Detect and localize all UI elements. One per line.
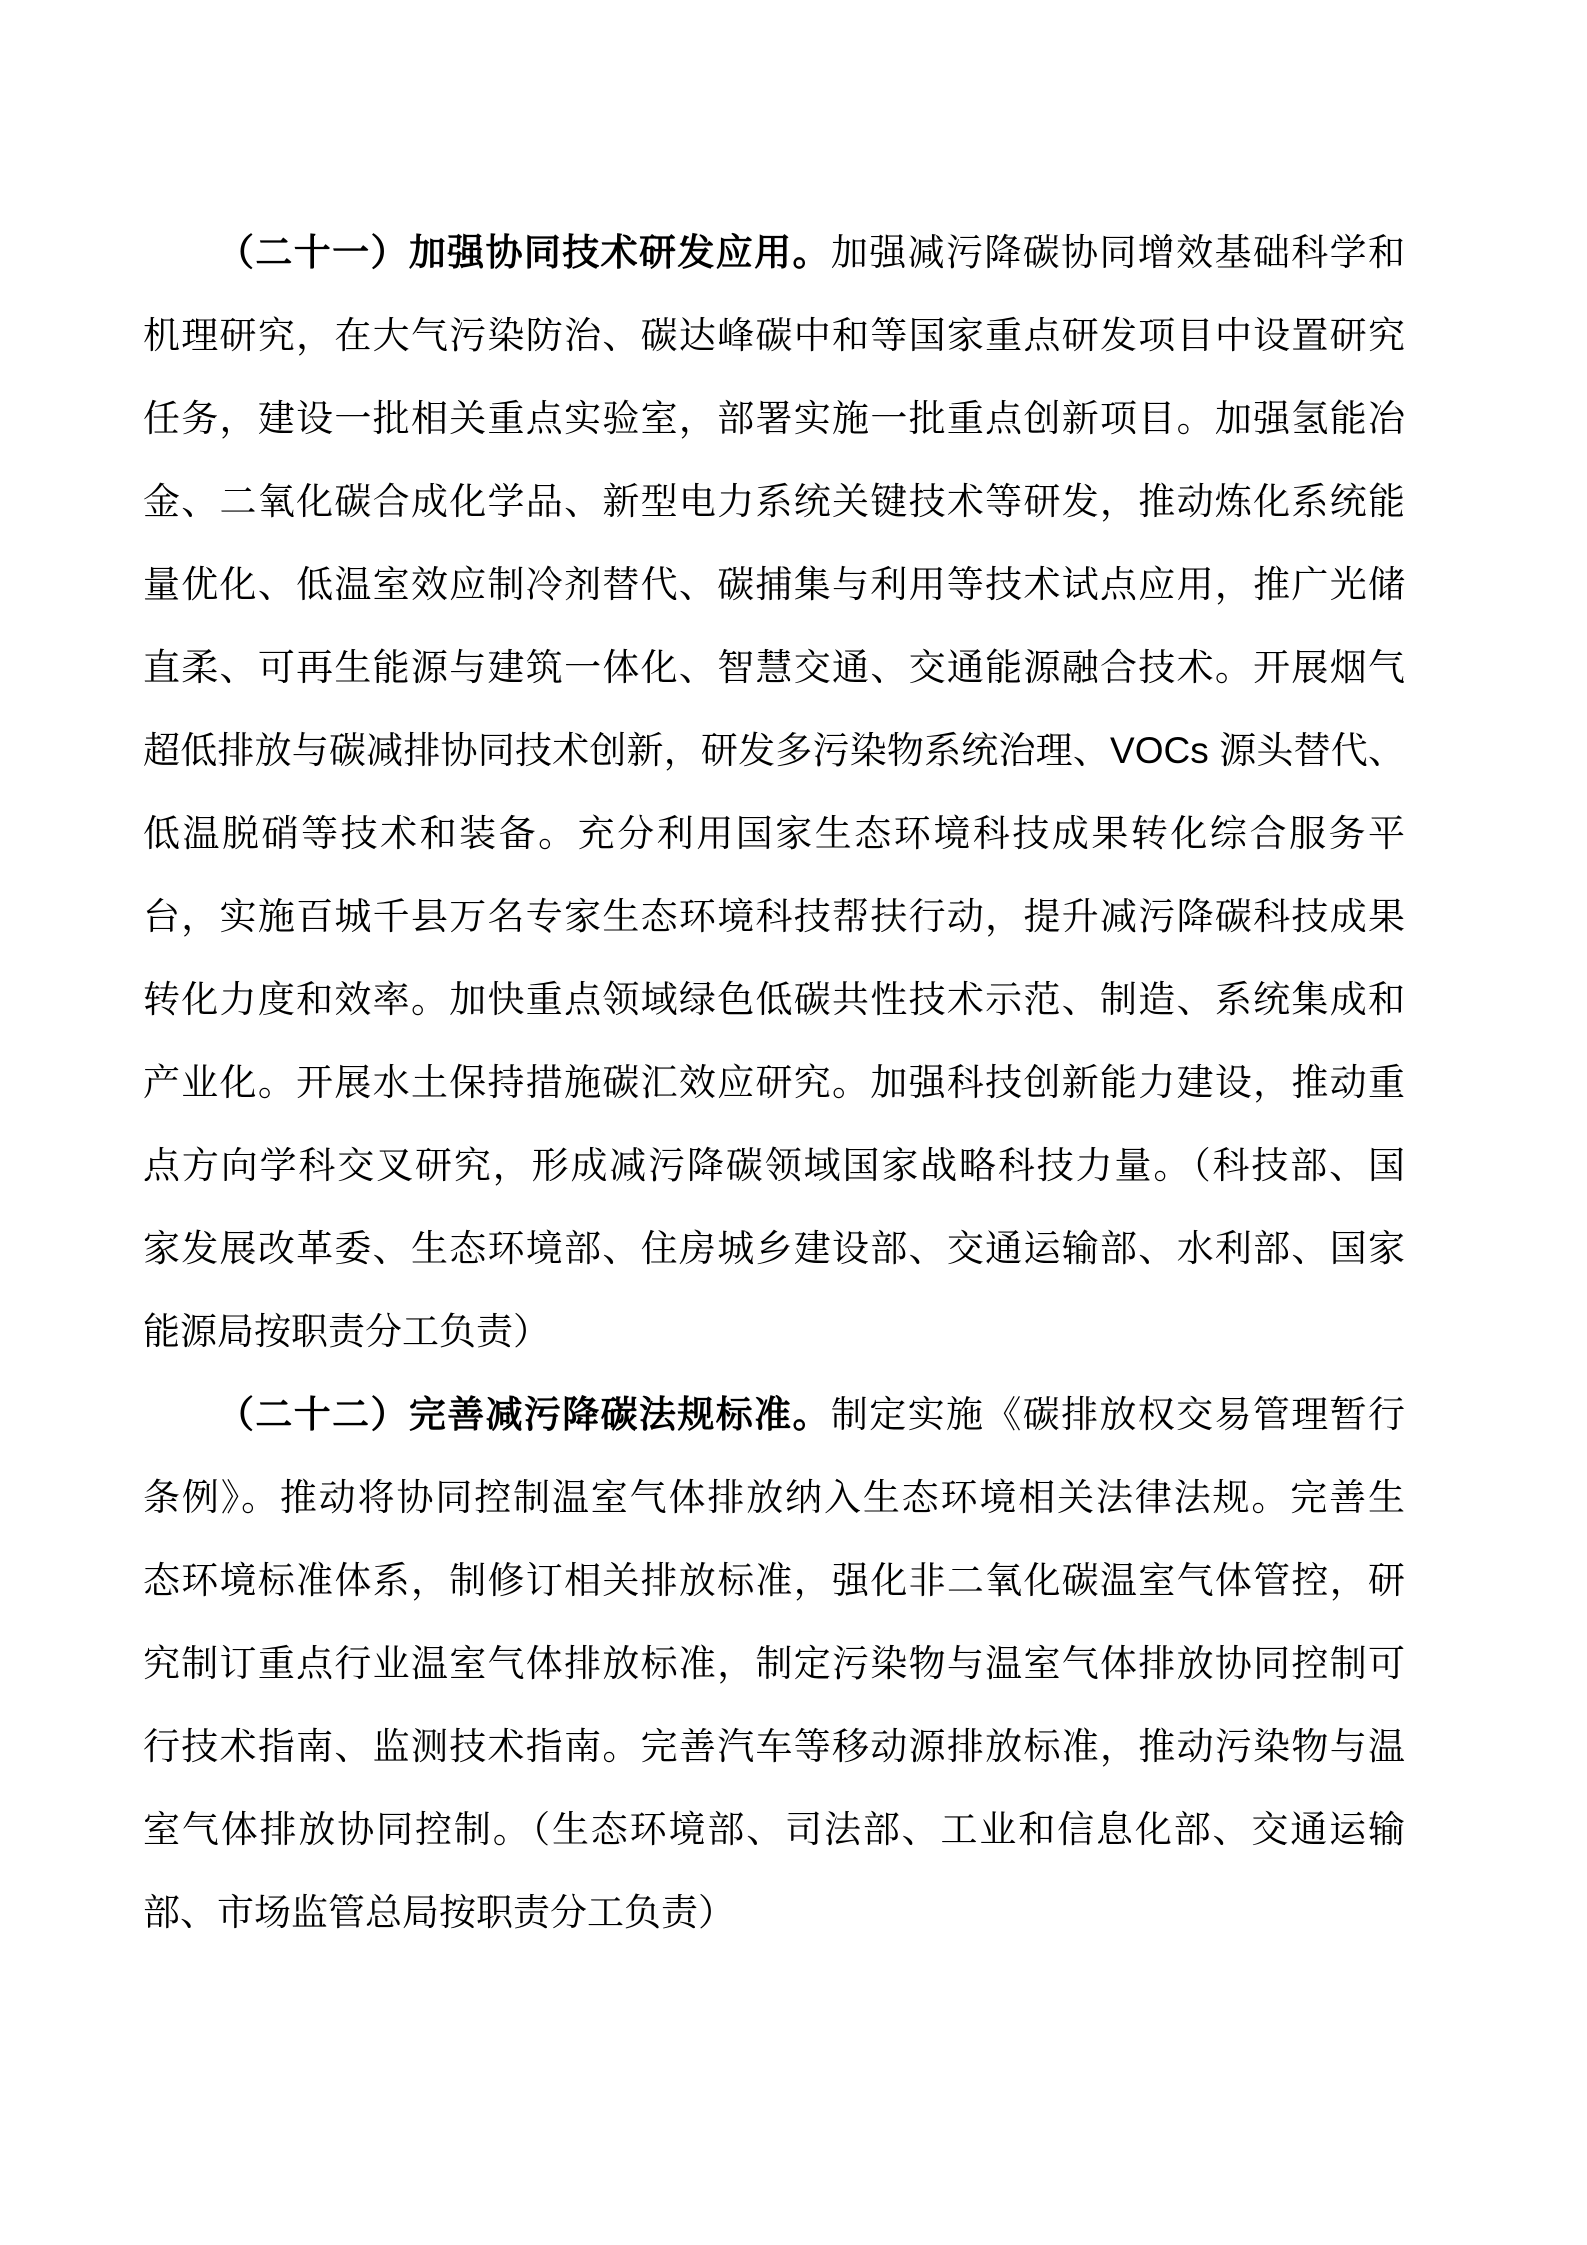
clause-21-heading: （二十一）加强协同技术研发应用。 bbox=[217, 232, 831, 273]
clause-22-paragraph: （二十二）完善减污降碳法规标准。制定实施《碳排放权交易管理暂行 条例》。推动将协… bbox=[143, 1373, 1405, 1954]
text-line: 行技术指南、监测技术指南。完善汽车等移动源排放标准，推动污染物与温 bbox=[143, 1705, 1405, 1788]
clause-22-heading: （二十二）完善减污降碳法规标准。 bbox=[217, 1394, 831, 1435]
text-line: 超低排放与碳减排协同技术创新，研发多污染物系统治理、VOCs 源头替代、 bbox=[143, 709, 1405, 792]
text-line: 态环境标准体系，制修订相关排放标准，强化非二氧化碳温室气体管控，研 bbox=[143, 1539, 1405, 1622]
text-line: 金、二氧化碳合成化学品、新型电力系统关键技术等研发，推动炼化系统能 bbox=[143, 460, 1405, 543]
document-page: （二十一）加强协同技术研发应用。加强减污降碳协同增效基础科学和 机理研究，在大气… bbox=[0, 0, 1587, 2245]
text-line: （二十一）加强协同技术研发应用。加强减污降碳协同增效基础科学和 bbox=[143, 211, 1405, 294]
text-line: 条例》。推动将协同控制温室气体排放纳入生态环境相关法律法规。完善生 bbox=[143, 1456, 1405, 1539]
clause-21-first-line-text: 加强减污降碳协同增效基础科学和 bbox=[831, 232, 1405, 273]
text-line: 量优化、低温室效应制冷剂替代、碳捕集与利用等技术试点应用，推广光储 bbox=[143, 543, 1405, 626]
text-line: 直柔、可再生能源与建筑一体化、智慧交通、交通能源融合技术。开展烟气 bbox=[143, 626, 1405, 709]
text-line: 台，实施百城千县万名专家生态环境科技帮扶行动，提升减污降碳科技成果 bbox=[143, 875, 1405, 958]
clause-22-first-line-text: 制定实施《碳排放权交易管理暂行 bbox=[831, 1394, 1405, 1435]
text-line: （二十二）完善减污降碳法规标准。制定实施《碳排放权交易管理暂行 bbox=[143, 1373, 1405, 1456]
text-line: 低温脱硝等技术和装备。充分利用国家生态环境科技成果转化综合服务平 bbox=[143, 792, 1405, 875]
text-line: 能源局按职责分工负责） bbox=[143, 1290, 1405, 1373]
text-line: 家发展改革委、生态环境部、住房城乡建设部、交通运输部、水利部、国家 bbox=[143, 1207, 1405, 1290]
text-line: 产业化。开展水土保持措施碳汇效应研究。加强科技创新能力建设，推动重 bbox=[143, 1041, 1405, 1124]
text-line: 室气体排放协同控制。（生态环境部、司法部、工业和信息化部、交通运输 bbox=[143, 1788, 1405, 1871]
text-line: 部、市场监管总局按职责分工负责） bbox=[143, 1871, 1405, 1954]
text-line: 点方向学科交叉研究，形成减污降碳领域国家战略科技力量。（科技部、国 bbox=[143, 1124, 1405, 1207]
text-line: 究制订重点行业温室气体排放标准，制定污染物与温室气体排放协同控制可 bbox=[143, 1622, 1405, 1705]
text-line: 转化力度和效率。加快重点领域绿色低碳共性技术示范、制造、系统集成和 bbox=[143, 958, 1405, 1041]
clause-21-paragraph: （二十一）加强协同技术研发应用。加强减污降碳协同增效基础科学和 机理研究，在大气… bbox=[143, 211, 1405, 1373]
text-line: 任务，建设一批相关重点实验室，部署实施一批重点创新项目。加强氢能冶 bbox=[143, 377, 1405, 460]
text-line: 机理研究，在大气污染防治、碳达峰碳中和等国家重点研发项目中设置研究 bbox=[143, 294, 1405, 377]
